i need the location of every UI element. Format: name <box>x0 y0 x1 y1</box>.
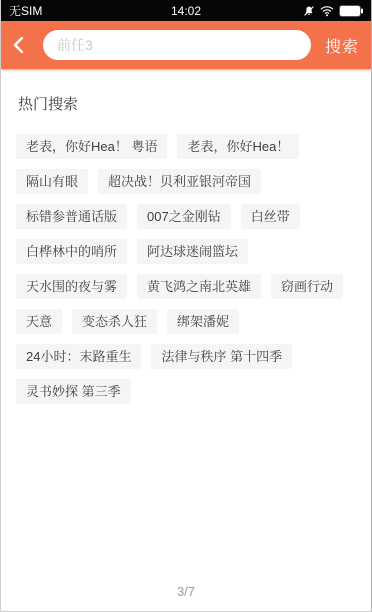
hot-search-title: 热门搜索 <box>18 93 354 114</box>
hot-search-tag[interactable]: 007之金刚钻 <box>137 204 231 229</box>
hot-search-tag[interactable]: 白丝带 <box>241 204 300 229</box>
status-icons <box>303 5 363 17</box>
hot-search-tag[interactable]: 隔山有眼 <box>16 169 88 194</box>
hot-search-tags: 老表，你好Hea！ 粤语老表，你好Hea！隔山有眼超决战！贝利亚银河帝国标错参普… <box>16 134 356 404</box>
hot-search-tag[interactable]: 老表，你好Hea！ <box>177 134 299 159</box>
hot-search-tag[interactable]: 超决战！贝利亚银河帝国 <box>98 169 261 194</box>
hot-search-tag[interactable]: 变态杀人狂 <box>72 309 157 334</box>
wifi-icon <box>320 5 334 17</box>
battery-icon <box>339 5 363 17</box>
chevron-left-icon <box>13 36 24 54</box>
app-screen: 无SIM 14:02 <box>0 0 372 612</box>
hot-search-tag[interactable]: 天水围的夜与雾 <box>16 274 127 299</box>
search-header: 搜索 <box>1 21 371 69</box>
hot-search-tag[interactable]: 白桦林中的哨所 <box>16 239 127 264</box>
hot-search-section: 热门搜索 老表，你好Hea！ 粤语老表，你好Hea！隔山有眼超决战！贝利亚银河帝… <box>1 69 371 404</box>
hot-search-tag[interactable]: 天意 <box>16 309 62 334</box>
back-button[interactable] <box>13 30 35 60</box>
hot-search-tag[interactable]: 法律与秩序 第十四季 <box>151 344 292 369</box>
hot-search-tag[interactable]: 灵书妙探 第三季 <box>16 379 131 404</box>
hot-search-tag[interactable]: 绑架潘妮 <box>167 309 239 334</box>
hot-search-tag[interactable]: 黄飞鸿之南北英雄 <box>137 274 261 299</box>
mute-icon <box>303 5 315 17</box>
search-input[interactable] <box>43 37 311 53</box>
search-pill <box>43 30 311 60</box>
hot-search-tag[interactable]: 24小时：末路重生 <box>16 344 141 369</box>
page-indicator: 3/7 <box>1 584 371 599</box>
hot-search-tag[interactable]: 窃画行动 <box>271 274 343 299</box>
hot-search-tag[interactable]: 标错参普通话版 <box>16 204 127 229</box>
search-button[interactable]: 搜索 <box>325 34 359 57</box>
status-bar: 无SIM 14:02 <box>1 0 371 21</box>
hot-search-tag[interactable]: 阿达球迷闹篮坛 <box>137 239 248 264</box>
hot-search-tag[interactable]: 老表，你好Hea！ 粤语 <box>16 134 167 159</box>
